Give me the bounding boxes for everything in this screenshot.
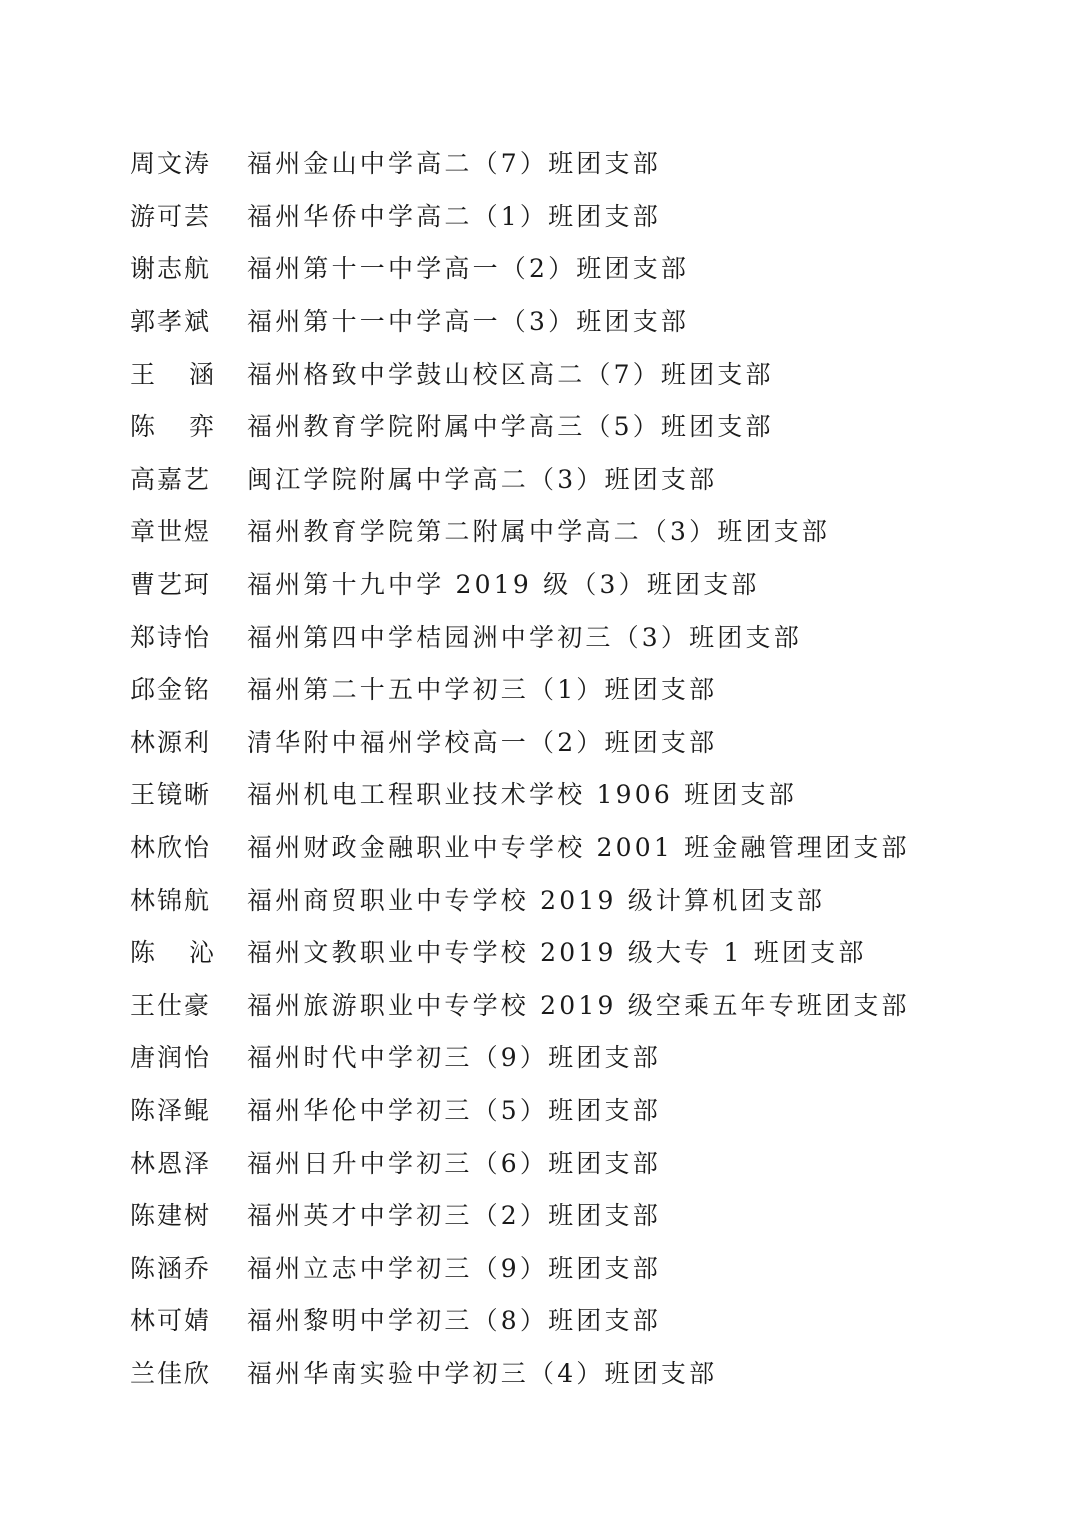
list-item: 林欣怡 福州财政金融职业中专学校 2001 班金融管理团支部 — [130, 820, 910, 873]
person-name: 邱金铭 — [130, 670, 247, 706]
person-name: 谢志航 — [130, 249, 247, 285]
branch-unit: 福州机电工程职业技术学校 1906 班团支部 — [247, 775, 797, 811]
branch-unit: 闽江学院附属中学高二（3）班团支部 — [247, 460, 717, 496]
list-item: 高嘉艺 闽江学院附属中学高二（3）班团支部 — [130, 452, 910, 505]
list-item: 林恩泽 福州日升中学初三（6）班团支部 — [130, 1135, 910, 1188]
list-item: 章世煜 福州教育学院第二附属中学高二（3）班团支部 — [130, 504, 910, 557]
branch-unit: 福州第四中学桔园洲中学初三（3）班团支部 — [247, 618, 802, 654]
list-item: 陈涵乔 福州立志中学初三（9）班团支部 — [130, 1240, 910, 1293]
name-char: 陈 — [130, 407, 157, 443]
list-item: 林锦航 福州商贸职业中专学校 2019 级计算机团支部 — [130, 872, 910, 925]
branch-unit: 清华附中福州学校高一（2）班团支部 — [247, 723, 717, 759]
branch-unit: 福州黎明中学初三（8）班团支部 — [247, 1301, 661, 1337]
list-item: 陈建树 福州英才中学初三（2）班团支部 — [130, 1188, 910, 1241]
person-name: 陈建树 — [130, 1196, 247, 1232]
list-item: 郑诗怡 福州第四中学桔园洲中学初三（3）班团支部 — [130, 609, 910, 662]
list-item: 曹艺珂 福州第十九中学 2019 级（3）班团支部 — [130, 557, 910, 610]
branch-unit: 福州第十一中学高一（2）班团支部 — [247, 249, 689, 285]
person-name: 兰佳欣 — [130, 1354, 247, 1390]
list-item: 邱金铭 福州第二十五中学初三（1）班团支部 — [130, 662, 910, 715]
person-name: 曹艺珂 — [130, 565, 247, 601]
list-item: 王镜晰 福州机电工程职业技术学校 1906 班团支部 — [130, 767, 910, 820]
person-name: 陈涵乔 — [130, 1249, 247, 1285]
list-item: 游可芸 福州华侨中学高二（1）班团支部 — [130, 189, 910, 242]
person-name: 王 涵 — [130, 355, 216, 391]
list-item: 王 涵 福州格致中学鼓山校区高二（7）班团支部 — [130, 346, 910, 399]
person-name: 林锦航 — [130, 881, 247, 917]
person-name: 唐润怡 — [130, 1038, 247, 1074]
branch-unit: 福州第十一中学高一（3）班团支部 — [247, 302, 689, 338]
list-item: 郭孝斌 福州第十一中学高一（3）班团支部 — [130, 294, 910, 347]
branch-unit: 福州金山中学高二（7）班团支部 — [247, 144, 661, 180]
list-item: 陈 沁 福州文教职业中专学校 2019 级大专 1 班团支部 — [130, 925, 910, 978]
branch-unit: 福州格致中学鼓山校区高二（7）班团支部 — [247, 355, 774, 391]
branch-unit: 福州华南实验中学初三（4）班团支部 — [247, 1354, 717, 1390]
person-name: 陈泽鲲 — [130, 1091, 247, 1127]
branch-unit: 福州教育学院附属中学高三（5）班团支部 — [247, 407, 774, 443]
person-name: 郭孝斌 — [130, 302, 247, 338]
branch-unit: 福州文教职业中专学校 2019 级大专 1 班团支部 — [247, 933, 867, 969]
name-char: 陈 — [130, 933, 157, 969]
list-item: 唐润怡 福州时代中学初三（9）班团支部 — [130, 1030, 910, 1083]
branch-unit: 福州第十九中学 2019 级（3）班团支部 — [247, 565, 760, 601]
person-name: 王镜晰 — [130, 775, 247, 811]
person-name: 林可婧 — [130, 1301, 247, 1337]
branch-unit: 福州英才中学初三（2）班团支部 — [247, 1196, 661, 1232]
person-name: 王仕豪 — [130, 986, 247, 1022]
document-page: 周文涛 福州金山中学高二（7）班团支部 游可芸 福州华侨中学高二（1）班团支部 … — [0, 0, 1080, 1527]
list-item: 谢志航 福州第十一中学高一（2）班团支部 — [130, 241, 910, 294]
branch-unit: 福州日升中学初三（6）班团支部 — [247, 1144, 661, 1180]
list-item: 兰佳欣 福州华南实验中学初三（4）班团支部 — [130, 1346, 910, 1399]
person-name: 郑诗怡 — [130, 618, 247, 654]
list-item: 林源利 清华附中福州学校高一（2）班团支部 — [130, 715, 910, 768]
name-char: 涵 — [189, 355, 216, 391]
person-name: 高嘉艺 — [130, 460, 247, 496]
honoree-list: 周文涛 福州金山中学高二（7）班团支部 游可芸 福州华侨中学高二（1）班团支部 … — [130, 136, 910, 1398]
name-char: 王 — [130, 355, 157, 391]
list-item: 陈 弈 福州教育学院附属中学高三（5）班团支部 — [130, 399, 910, 452]
person-name: 游可芸 — [130, 197, 247, 233]
branch-unit: 福州时代中学初三（9）班团支部 — [247, 1038, 661, 1074]
list-item: 林可婧 福州黎明中学初三（8）班团支部 — [130, 1293, 910, 1346]
branch-unit: 福州第二十五中学初三（1）班团支部 — [247, 670, 717, 706]
branch-unit: 福州华侨中学高二（1）班团支部 — [247, 197, 661, 233]
branch-unit: 福州立志中学初三（9）班团支部 — [247, 1249, 661, 1285]
person-name: 林欣怡 — [130, 828, 247, 864]
branch-unit: 福州华伦中学初三（5）班团支部 — [247, 1091, 661, 1127]
person-name: 林源利 — [130, 723, 247, 759]
list-item: 周文涛 福州金山中学高二（7）班团支部 — [130, 136, 910, 189]
person-name: 陈 沁 — [130, 933, 216, 969]
branch-unit: 福州旅游职业中专学校 2019 级空乘五年专班团支部 — [247, 986, 910, 1022]
list-item: 王仕豪 福州旅游职业中专学校 2019 级空乘五年专班团支部 — [130, 978, 910, 1031]
person-name: 陈 弈 — [130, 407, 216, 443]
list-item: 陈泽鲲 福州华伦中学初三（5）班团支部 — [130, 1083, 910, 1136]
branch-unit: 福州教育学院第二附属中学高二（3）班团支部 — [247, 512, 830, 548]
name-char: 弈 — [189, 407, 216, 443]
person-name: 周文涛 — [130, 144, 247, 180]
person-name: 章世煜 — [130, 512, 247, 548]
branch-unit: 福州财政金融职业中专学校 2001 班金融管理团支部 — [247, 828, 910, 864]
person-name: 林恩泽 — [130, 1144, 247, 1180]
name-char: 沁 — [189, 933, 216, 969]
branch-unit: 福州商贸职业中专学校 2019 级计算机团支部 — [247, 881, 825, 917]
